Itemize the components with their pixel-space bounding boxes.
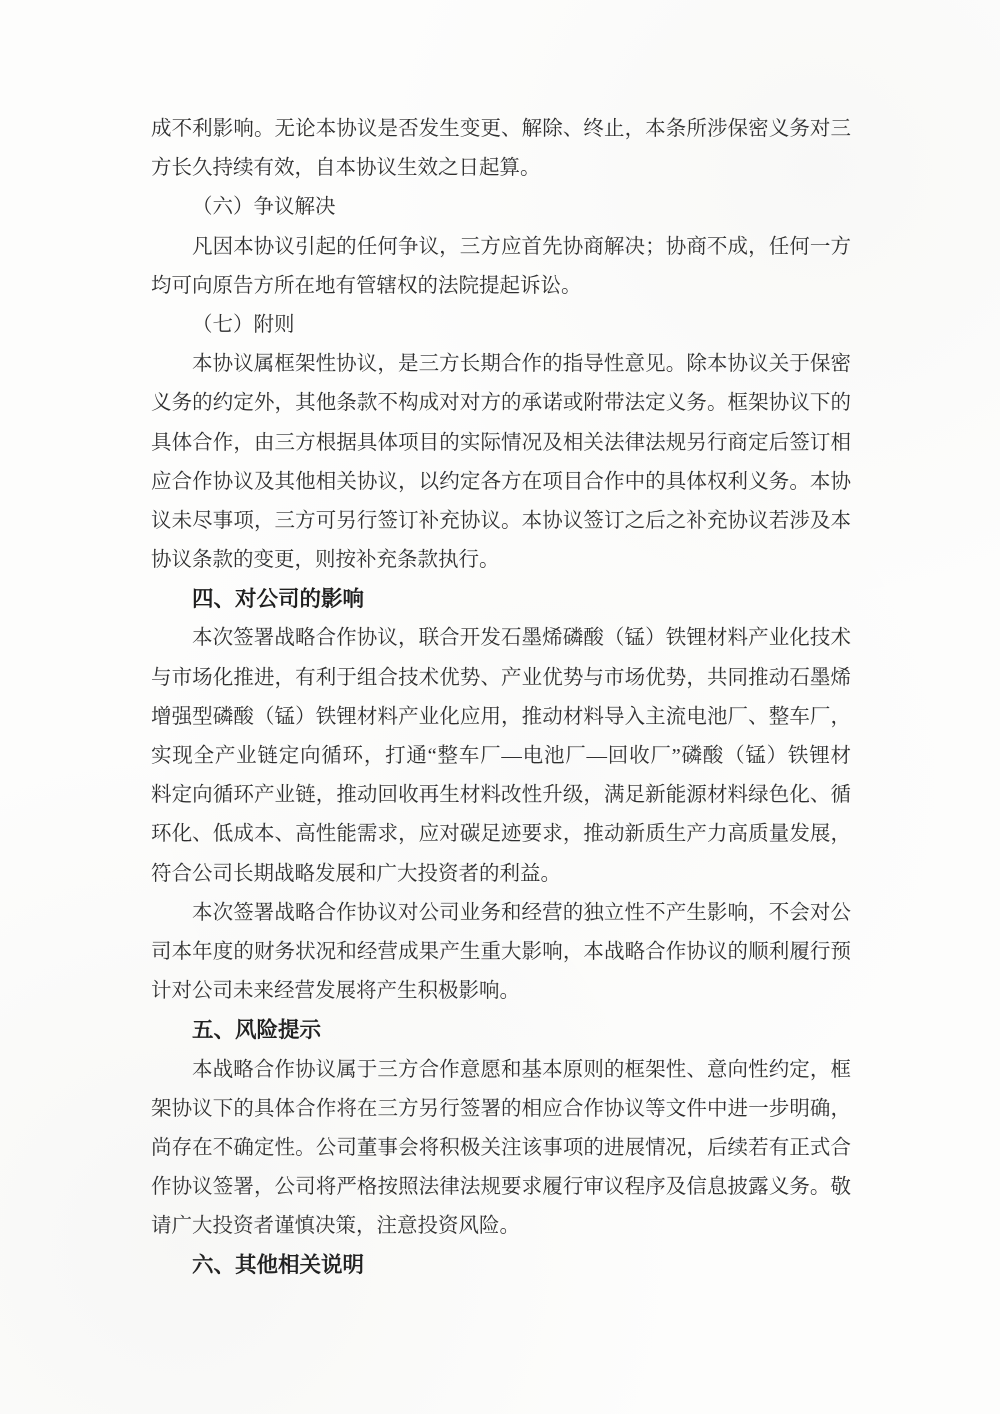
- document-line: 料定向循环产业链，推动回收再生材料改性升级，满足新能源材料绿色化、循: [151, 776, 851, 815]
- document-line: 具体合作，由三方根据具体项目的实际情况及相关法律法规另行商定后签订相: [151, 424, 851, 463]
- section-heading: 四、对公司的影响: [151, 580, 851, 619]
- document-line: 成不利影响。无论本协议是否发生变更、解除、终止，本条所涉保密义务对三: [151, 110, 851, 149]
- section-heading: 六、其他相关说明: [151, 1246, 851, 1285]
- document-page: 成不利影响。无论本协议是否发生变更、解除、终止，本条所涉保密义务对三方长久持续有…: [0, 0, 1000, 1414]
- document-line: 本次签署战略合作协议，联合开发石墨烯磷酸（锰）铁锂材料产业化技术: [151, 619, 851, 658]
- document-line: 凡因本协议引起的任何争议，三方应首先协商解决；协商不成，任何一方: [151, 228, 851, 267]
- section-heading: 五、风险提示: [151, 1011, 851, 1050]
- document-line: 实现全产业链定向循环，打通“整车厂—电池厂—回收厂”磷酸（锰）铁锂材: [151, 737, 851, 776]
- document-line: 计对公司未来经营发展将产生积极影响。: [151, 972, 851, 1011]
- document-line: 义务的约定外，其他条款不构成对对方的承诺或附带法定义务。框架协议下的: [151, 384, 851, 423]
- document-body: 成不利影响。无论本协议是否发生变更、解除、终止，本条所涉保密义务对三方长久持续有…: [151, 110, 851, 1286]
- document-line: 请广大投资者谨慎决策，注意投资风险。: [151, 1207, 851, 1246]
- document-line: 协议条款的变更，则按补充条款执行。: [151, 541, 851, 580]
- document-line: （六）争议解决: [151, 188, 851, 227]
- document-line: 尚存在不确定性。公司董事会将积极关注该事项的进展情况，后续若有正式合: [151, 1129, 851, 1168]
- document-line: 均可向原告方所在地有管辖权的法院提起诉讼。: [151, 267, 851, 306]
- document-line: 议未尽事项，三方可另行签订补充协议。本协议签订之后之补充协议若涉及本: [151, 502, 851, 541]
- document-line: （七）附则: [151, 306, 851, 345]
- document-line: 本战略合作协议属于三方合作意愿和基本原则的框架性、意向性约定，框: [151, 1051, 851, 1090]
- document-line: 符合公司长期战略发展和广大投资者的利益。: [151, 855, 851, 894]
- document-line: 架协议下的具体合作将在三方另行签署的相应合作协议等文件中进一步明确，: [151, 1090, 851, 1129]
- document-line: 与市场化推进，有利于组合技术优势、产业优势与市场优势，共同推动石墨烯: [151, 659, 851, 698]
- document-line: 方长久持续有效，自本协议生效之日起算。: [151, 149, 851, 188]
- document-line: 本次签署战略合作协议对公司业务和经营的独立性不产生影响，不会对公: [151, 894, 851, 933]
- document-line: 环化、低成本、高性能需求，应对碳足迹要求，推动新质生产力高质量发展，: [151, 815, 851, 854]
- document-line: 司本年度的财务状况和经营成果产生重大影响，本战略合作协议的顺利履行预: [151, 933, 851, 972]
- document-line: 增强型磷酸（锰）铁锂材料产业化应用，推动材料导入主流电池厂、整车厂，: [151, 698, 851, 737]
- document-line: 作协议签署，公司将严格按照法律法规要求履行审议程序及信息披露义务。敬: [151, 1168, 851, 1207]
- document-line: 本协议属框架性协议，是三方长期合作的指导性意见。除本协议关于保密: [151, 345, 851, 384]
- document-line: 应合作协议及其他相关协议，以约定各方在项目合作中的具体权利义务。本协: [151, 463, 851, 502]
